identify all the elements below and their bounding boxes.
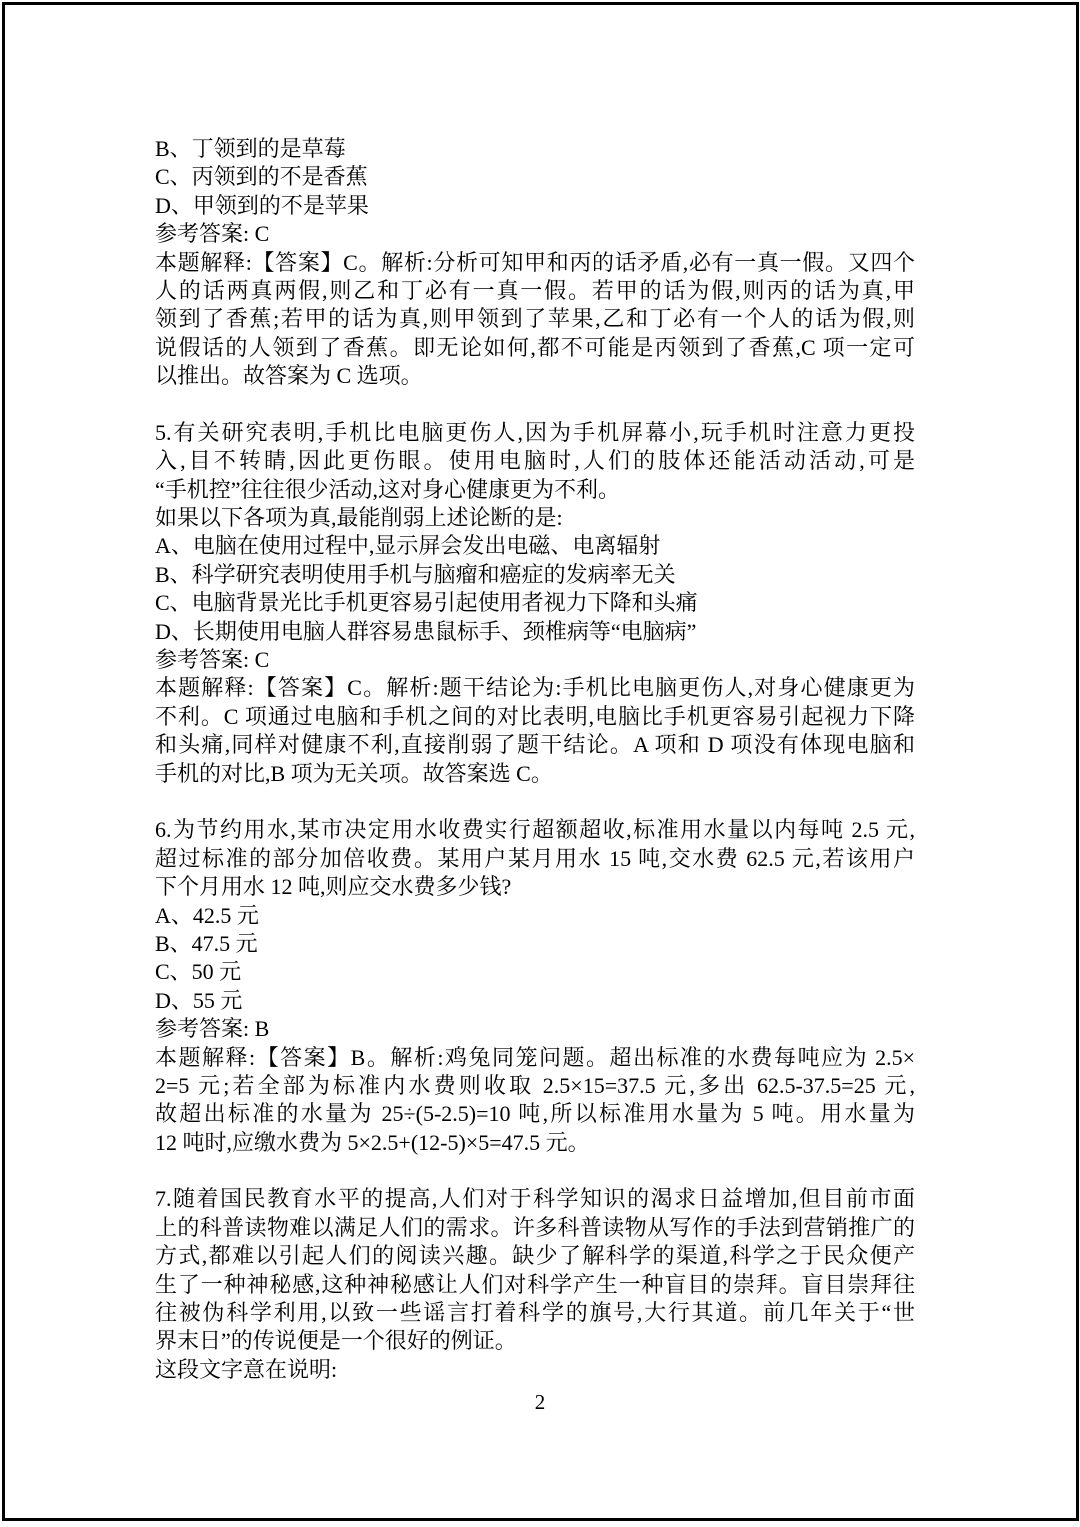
text-line: 手机的对比,B 项为无关项。故答案选 C。 [155, 760, 915, 788]
text-line: 说假话的人领到了香蕉。即无论如何,都不可能是丙领到了香蕉,C 项一定可 [155, 334, 915, 362]
text-line: 故超出标准的水量为 25÷(5-2.5)=10 吨,所以标准用水量为 5 吨。用… [155, 1100, 915, 1128]
question-7: 7.随着国民教育水平的提高,人们对于科学知识的渴求日益增加,但目前市面上的科普读… [155, 1185, 915, 1384]
text-line: 和头痛,同样对健康不利,直接削弱了题干结论。A 项和 D 项没有体现电脑和 [155, 731, 915, 759]
text-line: 参考答案: C [155, 646, 915, 674]
text-line: D、55 元 [155, 987, 915, 1015]
text-line: 人的话两真两假,则乙和丁必有一真一假。若甲的话为假,则丙的话为真,甲 [155, 277, 915, 305]
text-line: 领到了香蕉;若甲的话为真,则甲领到了苹果,乙和丁必有一个人的话为假,则 [155, 305, 915, 333]
text-line: 参考答案: C [155, 220, 915, 248]
text-line: 本题解释:【答案】C。解析:题干结论为:手机比电脑更伤人,对身心健康更为 [155, 674, 915, 702]
text-line: 12 吨时,应缴水费为 5×2.5+(12-5)×5=47.5 元。 [155, 1129, 915, 1157]
text-line: 以推出。故答案为 C 选项。 [155, 362, 915, 390]
text-line: 入,目不转睛,因此更伤眼。使用电脑时,人们的肢体还能活动活动,可是 [155, 447, 915, 475]
text-line: 7.随着国民教育水平的提高,人们对于科学知识的渴求日益增加,但目前市面 [155, 1185, 915, 1213]
text-line: D、甲领到的不是苹果 [155, 192, 915, 220]
page-number: 2 [0, 1388, 1080, 1416]
question-6: 6.为节约用水,某市决定用水收费实行超额超收,标准用水量以内每吨 2.5 元,超… [155, 816, 915, 1157]
text-line: B、丁领到的是草莓 [155, 135, 915, 163]
text-line: C、丙领到的不是香蕉 [155, 163, 915, 191]
question-5: 5.有关研究表明,手机比电脑更伤人,因为手机屏幕小,玩手机时注意力更投入,目不转… [155, 419, 915, 788]
text-line: C、50 元 [155, 958, 915, 986]
text-line: 下个月用水 12 吨,则应交水费多少钱? [155, 873, 915, 901]
text-line: A、电脑在使用过程中,显示屏会发出电磁、电离辐射 [155, 532, 915, 560]
text-line: D、长期使用电脑人群容易患鼠标手、颈椎病等“电脑病” [155, 618, 915, 646]
text-line: A、42.5 元 [155, 902, 915, 930]
text-line: 超过标准的部分加倍收费。某用户某月用水 15 吨,交水费 62.5 元,若该用户 [155, 845, 915, 873]
text-line: 往被伪科学利用,以致一些谣言打着科学的旗号,大行其道。前几年关于“世 [155, 1299, 915, 1327]
text-line: 不利。C 项通过电脑和手机之间的对比表明,电脑比手机更容易引起视力下降 [155, 703, 915, 731]
question-4-remainder: B、丁领到的是草莓C、丙领到的不是香蕉D、甲领到的不是苹果参考答案: C本题解释… [155, 135, 915, 391]
text-line: 参考答案: B [155, 1015, 915, 1043]
document-content: B、丁领到的是草莓C、丙领到的不是香蕉D、甲领到的不是苹果参考答案: C本题解释… [155, 135, 915, 1384]
text-line: 如果以下各项为真,最能削弱上述论断的是: [155, 504, 915, 532]
text-line: 本题解释:【答案】C。解析:分析可知甲和丙的话矛盾,必有一真一假。又四个 [155, 249, 915, 277]
text-line: 6.为节约用水,某市决定用水收费实行超额超收,标准用水量以内每吨 2.5 元, [155, 816, 915, 844]
text-line: “手机控”往往很少活动,这对身心健康更为不利。 [155, 476, 915, 504]
text-line: 上的科普读物难以满足人们的需求。许多科普读物从写作的手法到营销推广的 [155, 1214, 915, 1242]
text-line: B、科学研究表明使用手机与脑瘤和癌症的发病率无关 [155, 561, 915, 589]
text-line: 方式,都难以引起人们的阅读兴趣。缺少了解科学的渠道,科学之于民众便产 [155, 1242, 915, 1270]
text-line: 本题解释:【答案】B。解析:鸡兔同笼问题。超出标准的水费每吨应为 2.5× [155, 1044, 915, 1072]
text-line: C、电脑背景光比手机更容易引起使用者视力下降和头痛 [155, 589, 915, 617]
text-line: 2=5 元;若全部为标准内水费则收取 2.5×15=37.5 元,多出 62.5… [155, 1072, 915, 1100]
text-line: B、47.5 元 [155, 930, 915, 958]
text-line: 5.有关研究表明,手机比电脑更伤人,因为手机屏幕小,玩手机时注意力更投 [155, 419, 915, 447]
text-line: 界末日”的传说便是一个很好的例证。 [155, 1327, 915, 1355]
text-line: 这段文字意在说明: [155, 1356, 915, 1384]
text-line: 生了一种神秘感,这种神秘感让人们对科学产生一种盲目的崇拜。盲目崇拜往 [155, 1271, 915, 1299]
